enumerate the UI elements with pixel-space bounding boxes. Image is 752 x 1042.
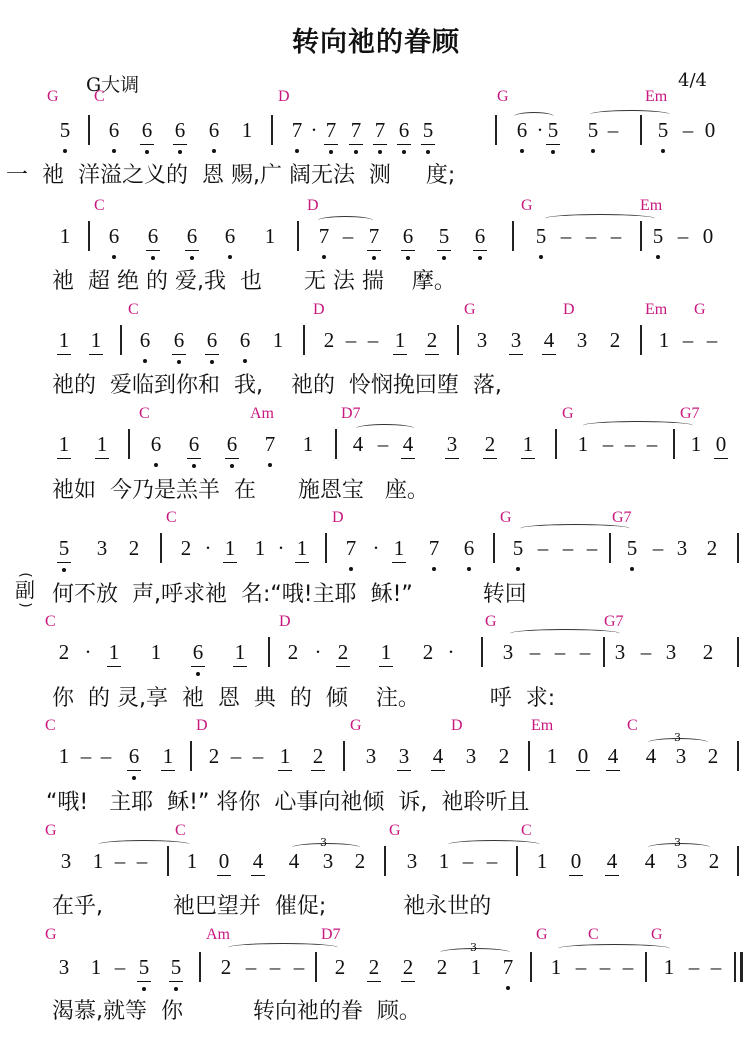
barline [481, 637, 483, 667]
dash: – [291, 955, 307, 980]
chord: D [563, 301, 575, 319]
note: 7 [372, 118, 388, 143]
chord: Am [206, 926, 230, 944]
chord: C [128, 301, 139, 319]
barline [609, 533, 611, 563]
barline [335, 429, 337, 459]
chord: C [175, 822, 186, 840]
tie [520, 524, 630, 533]
lyric-line-4: 祂如 今乃是羔羊 在 施恩宝 座。 [52, 473, 429, 504]
note: 5 [56, 536, 72, 561]
dash: – [620, 955, 636, 980]
lyric-line-9: 渴慕,就等 你 转向祂的眷 顾。 [52, 994, 421, 1025]
note: 1 [548, 955, 564, 980]
note: 1 [534, 849, 550, 874]
note: 1 [88, 955, 104, 980]
chord: D [278, 88, 290, 106]
lyric-line-3: 祂的 爱临到你和 我, 祂的 怜悯挽回堕 落, [52, 368, 502, 399]
dash: – [577, 640, 593, 665]
note: 6 [137, 328, 153, 353]
barline [645, 952, 647, 982]
chord: D [196, 717, 208, 735]
barline [384, 846, 386, 876]
note: 6 [106, 118, 122, 143]
note: 4 [250, 849, 266, 874]
bracket-bottom: ) [20, 595, 30, 615]
note: 3 [463, 744, 479, 769]
note: 3 [56, 955, 72, 980]
note: 5 [533, 224, 549, 249]
note: 1 [661, 955, 677, 980]
note: 2 [706, 849, 722, 874]
note: 3 [58, 849, 74, 874]
dash: – [584, 536, 600, 561]
note: 6 [172, 118, 188, 143]
barline [512, 221, 514, 251]
barline [640, 115, 642, 145]
lyric-line-8: 在乎, 祂巴望并 催促; 祂永世的 [52, 889, 491, 920]
chord: G [562, 405, 574, 423]
note: 2 [321, 328, 337, 353]
note: 2 [56, 640, 72, 665]
barline [343, 741, 345, 771]
note: 7 [343, 536, 359, 561]
dot: · [310, 640, 326, 665]
note: 6 [126, 744, 142, 769]
chord: D7 [321, 926, 341, 944]
note: 7 [289, 118, 305, 143]
dot: · [368, 536, 384, 561]
song-title: 转向祂的眷顾 [0, 20, 752, 59]
dash: – [650, 536, 666, 561]
barline [495, 115, 497, 145]
chord: G [694, 301, 706, 319]
dash: – [708, 955, 724, 980]
note: 5 [510, 536, 526, 561]
note: 1 [184, 849, 200, 874]
tie [228, 943, 338, 952]
bracket-top: ( [20, 565, 30, 585]
tie [583, 421, 693, 430]
dash: – [365, 328, 381, 353]
dash: – [605, 118, 621, 143]
chord: D [451, 717, 463, 735]
note: 7 [262, 432, 278, 457]
note: 6 [184, 224, 200, 249]
note: 1 [520, 432, 536, 457]
note: 7 [348, 118, 364, 143]
dash: – [573, 955, 589, 980]
chord: Em [645, 88, 667, 106]
barline [167, 846, 169, 876]
note: 4 [286, 849, 302, 874]
note: 1 [239, 118, 255, 143]
dash: – [597, 955, 613, 980]
note: 2 [285, 640, 301, 665]
dash: – [112, 849, 128, 874]
note: 4 [400, 432, 416, 457]
note: 5 [545, 118, 561, 143]
note: 2 [206, 744, 222, 769]
note: 6 [514, 118, 530, 143]
dash: – [704, 328, 720, 353]
note: 6 [400, 224, 416, 249]
barline [737, 846, 739, 876]
note: 1 [160, 744, 176, 769]
note: 7 [426, 536, 442, 561]
note: 5 [650, 224, 666, 249]
note: 3 [444, 432, 460, 457]
note: 2 [705, 744, 721, 769]
note: 2 [482, 432, 498, 457]
chord: G7 [612, 509, 632, 527]
note: 1 [94, 432, 110, 457]
barline [640, 221, 642, 251]
note: 6 [190, 640, 206, 665]
dash: – [343, 328, 359, 353]
note: 2 [218, 955, 234, 980]
dash: – [340, 224, 356, 249]
note: 4 [605, 744, 621, 769]
triplet-3: 3 [470, 941, 477, 954]
dash: – [535, 536, 551, 561]
chord: D7 [341, 405, 361, 423]
note: 3 [663, 640, 679, 665]
note: 1 [688, 432, 704, 457]
barline [303, 325, 305, 355]
chord: G [500, 509, 512, 527]
barline [603, 637, 605, 667]
chord: G [521, 197, 533, 215]
dash: – [267, 955, 283, 980]
barline [297, 221, 299, 251]
note: 3 [674, 849, 690, 874]
note: 2 [400, 955, 416, 980]
barline [325, 533, 327, 563]
barline [737, 637, 739, 667]
note: 6 [148, 432, 164, 457]
note: 3 [673, 744, 689, 769]
lyric-line-6: 你 的 灵,享 祂 恩 典 的 倾 注。 呼 求: [52, 681, 555, 712]
note: 2 [335, 640, 351, 665]
tie [98, 840, 190, 849]
note: 6 [171, 328, 187, 353]
note: 4 [430, 744, 446, 769]
note: 4 [604, 849, 620, 874]
note: 5 [57, 118, 73, 143]
dash: – [78, 744, 94, 769]
note: 0 [702, 118, 718, 143]
note: 3 [474, 328, 490, 353]
dash: – [375, 432, 391, 457]
note: 0 [568, 849, 584, 874]
chord: Am [250, 405, 274, 423]
barline [530, 952, 532, 982]
barline [88, 115, 90, 145]
triplet-3: 3 [674, 731, 681, 744]
dash: – [675, 224, 691, 249]
final-barline [734, 952, 743, 982]
dash: – [558, 224, 574, 249]
note: 1 [270, 328, 286, 353]
note: 2 [420, 640, 436, 665]
chord: C [94, 88, 105, 106]
dash: – [680, 118, 696, 143]
note: 2 [496, 744, 512, 769]
note: 2 [178, 536, 194, 561]
dash: – [644, 432, 660, 457]
note: 5 [585, 118, 601, 143]
chord: G [389, 822, 401, 840]
note: 2 [424, 328, 440, 353]
note: 6 [186, 432, 202, 457]
note: 1 [148, 640, 164, 665]
note: 1 [436, 849, 452, 874]
chord: G [497, 88, 509, 106]
note: 5 [420, 118, 436, 143]
chord: C [521, 822, 532, 840]
note: 3 [500, 640, 516, 665]
dot: · [306, 118, 322, 143]
note: 2 [126, 536, 142, 561]
barline [737, 741, 739, 771]
note: 3 [674, 536, 690, 561]
dash: – [600, 432, 616, 457]
dash: – [638, 640, 654, 665]
lyric-line-1: 一 祂 洋溢之义的 恩 赐,广 阔无法 测 度; [6, 158, 455, 189]
note: 2 [607, 328, 623, 353]
note: 1 [56, 432, 72, 457]
note: 7 [366, 224, 382, 249]
note: 1 [56, 744, 72, 769]
dot: · [80, 640, 96, 665]
lyric-line-5: 何不放 声,呼求祂 名:“哦!主耶 稣!” 转回 [52, 577, 527, 608]
barline [88, 221, 90, 251]
note: 2 [366, 955, 382, 980]
note: 7 [316, 224, 332, 249]
note: 6 [206, 118, 222, 143]
note: 1 [252, 536, 268, 561]
note: 3 [574, 328, 590, 353]
note: 1 [544, 744, 560, 769]
chord: G [47, 88, 59, 106]
chord: G [45, 822, 57, 840]
note: 3 [396, 744, 412, 769]
note: 6 [472, 224, 488, 249]
dash: – [552, 640, 568, 665]
note: 2 [434, 955, 450, 980]
barline [128, 429, 130, 459]
note: 6 [237, 328, 253, 353]
note: 1 [392, 328, 408, 353]
barline [528, 741, 530, 771]
chord: G7 [604, 613, 624, 631]
note: 6 [222, 224, 238, 249]
tie [448, 840, 540, 849]
chord: G [485, 613, 497, 631]
barline [457, 325, 459, 355]
note: 1 [232, 640, 248, 665]
note: 5 [436, 224, 452, 249]
note: 5 [136, 955, 152, 980]
chord: Em [531, 717, 553, 735]
triplet-3: 3 [320, 836, 327, 849]
barline [268, 637, 270, 667]
note: 3 [320, 849, 336, 874]
note: 3 [363, 744, 379, 769]
chord: C [94, 197, 105, 215]
note: 6 [139, 118, 155, 143]
dash: – [98, 744, 114, 769]
note: 1 [57, 224, 73, 249]
chord: C [166, 509, 177, 527]
dash: – [112, 955, 128, 980]
note: 6 [145, 224, 161, 249]
tie [558, 944, 670, 953]
note: 7 [323, 118, 339, 143]
note: 1 [575, 432, 591, 457]
chord: C [139, 405, 150, 423]
chord: C [45, 717, 56, 735]
barline [271, 115, 273, 145]
barline [516, 846, 518, 876]
barline [160, 533, 162, 563]
barline [315, 952, 317, 982]
tie [545, 214, 655, 223]
note: 2 [332, 955, 348, 980]
note: 4 [350, 432, 366, 457]
chord: D [279, 613, 291, 631]
dash: – [250, 744, 266, 769]
triplet-3: 3 [674, 836, 681, 849]
dash: – [134, 849, 150, 874]
note: 1 [106, 640, 122, 665]
note: 1 [378, 640, 394, 665]
chord: Em [640, 197, 662, 215]
note: 2 [310, 744, 326, 769]
lyric-line-7: “哦! 主耶 稣!” 将你 心事向祂倾 诉, 祂聆听且 [46, 785, 529, 816]
note: 4 [541, 328, 557, 353]
note: 1 [56, 328, 72, 353]
note: 1 [277, 744, 293, 769]
note: 1 [88, 328, 104, 353]
note: 1 [294, 536, 310, 561]
dot: · [200, 536, 216, 561]
chord: C [45, 613, 56, 631]
note: 1 [90, 849, 106, 874]
barline [640, 325, 642, 355]
note: 3 [612, 640, 628, 665]
dash: – [583, 224, 599, 249]
dash: – [243, 955, 259, 980]
note: 2 [700, 640, 716, 665]
chord: C [588, 926, 599, 944]
chord: D [332, 509, 344, 527]
note: 4 [642, 849, 658, 874]
dash: – [560, 536, 576, 561]
note: 1 [468, 955, 484, 980]
note: 0 [575, 744, 591, 769]
note: 6 [396, 118, 412, 143]
note: 2 [352, 849, 368, 874]
note: 5 [624, 536, 640, 561]
chord: G [350, 717, 362, 735]
note: 3 [404, 849, 420, 874]
dot: · [443, 640, 459, 665]
barline [737, 533, 739, 563]
note: 6 [461, 536, 477, 561]
barline [673, 429, 675, 459]
note: 3 [508, 328, 524, 353]
barline [199, 952, 201, 982]
dash: – [680, 328, 696, 353]
chord: Em [645, 301, 667, 319]
note: 2 [704, 536, 720, 561]
note: 6 [224, 432, 240, 457]
chord: G [651, 926, 663, 944]
dash: – [228, 744, 244, 769]
chorus-marker: ( 副 ) [15, 570, 35, 610]
barline [555, 429, 557, 459]
note: 1 [300, 432, 316, 457]
note: 5 [168, 955, 184, 980]
note: 0 [216, 849, 232, 874]
note: 1 [222, 536, 238, 561]
note: 1 [656, 328, 672, 353]
dash: – [460, 849, 476, 874]
chord: G [536, 926, 548, 944]
chord: G [464, 301, 476, 319]
dot: · [273, 536, 289, 561]
chord: G7 [680, 405, 700, 423]
chord: G [45, 926, 57, 944]
barline [493, 533, 495, 563]
chord: D [307, 197, 319, 215]
dash: – [686, 955, 702, 980]
note: 6 [204, 328, 220, 353]
dash: – [622, 432, 638, 457]
note: 6 [106, 224, 122, 249]
note: 0 [700, 224, 716, 249]
dash: – [484, 849, 500, 874]
note: 0 [713, 432, 729, 457]
note: 7 [500, 955, 516, 980]
lyric-line-2: 祂 超 绝 的 爱,我 也 无 法 揣 摩。 [52, 264, 456, 295]
note: 4 [643, 744, 659, 769]
note: 3 [94, 536, 110, 561]
dash: – [608, 224, 624, 249]
barline [190, 741, 192, 771]
chord: C [627, 717, 638, 735]
dash: – [527, 640, 543, 665]
note: 1 [391, 536, 407, 561]
note: 5 [655, 118, 671, 143]
barline [120, 325, 122, 355]
chord: D [313, 301, 325, 319]
note: 1 [262, 224, 278, 249]
